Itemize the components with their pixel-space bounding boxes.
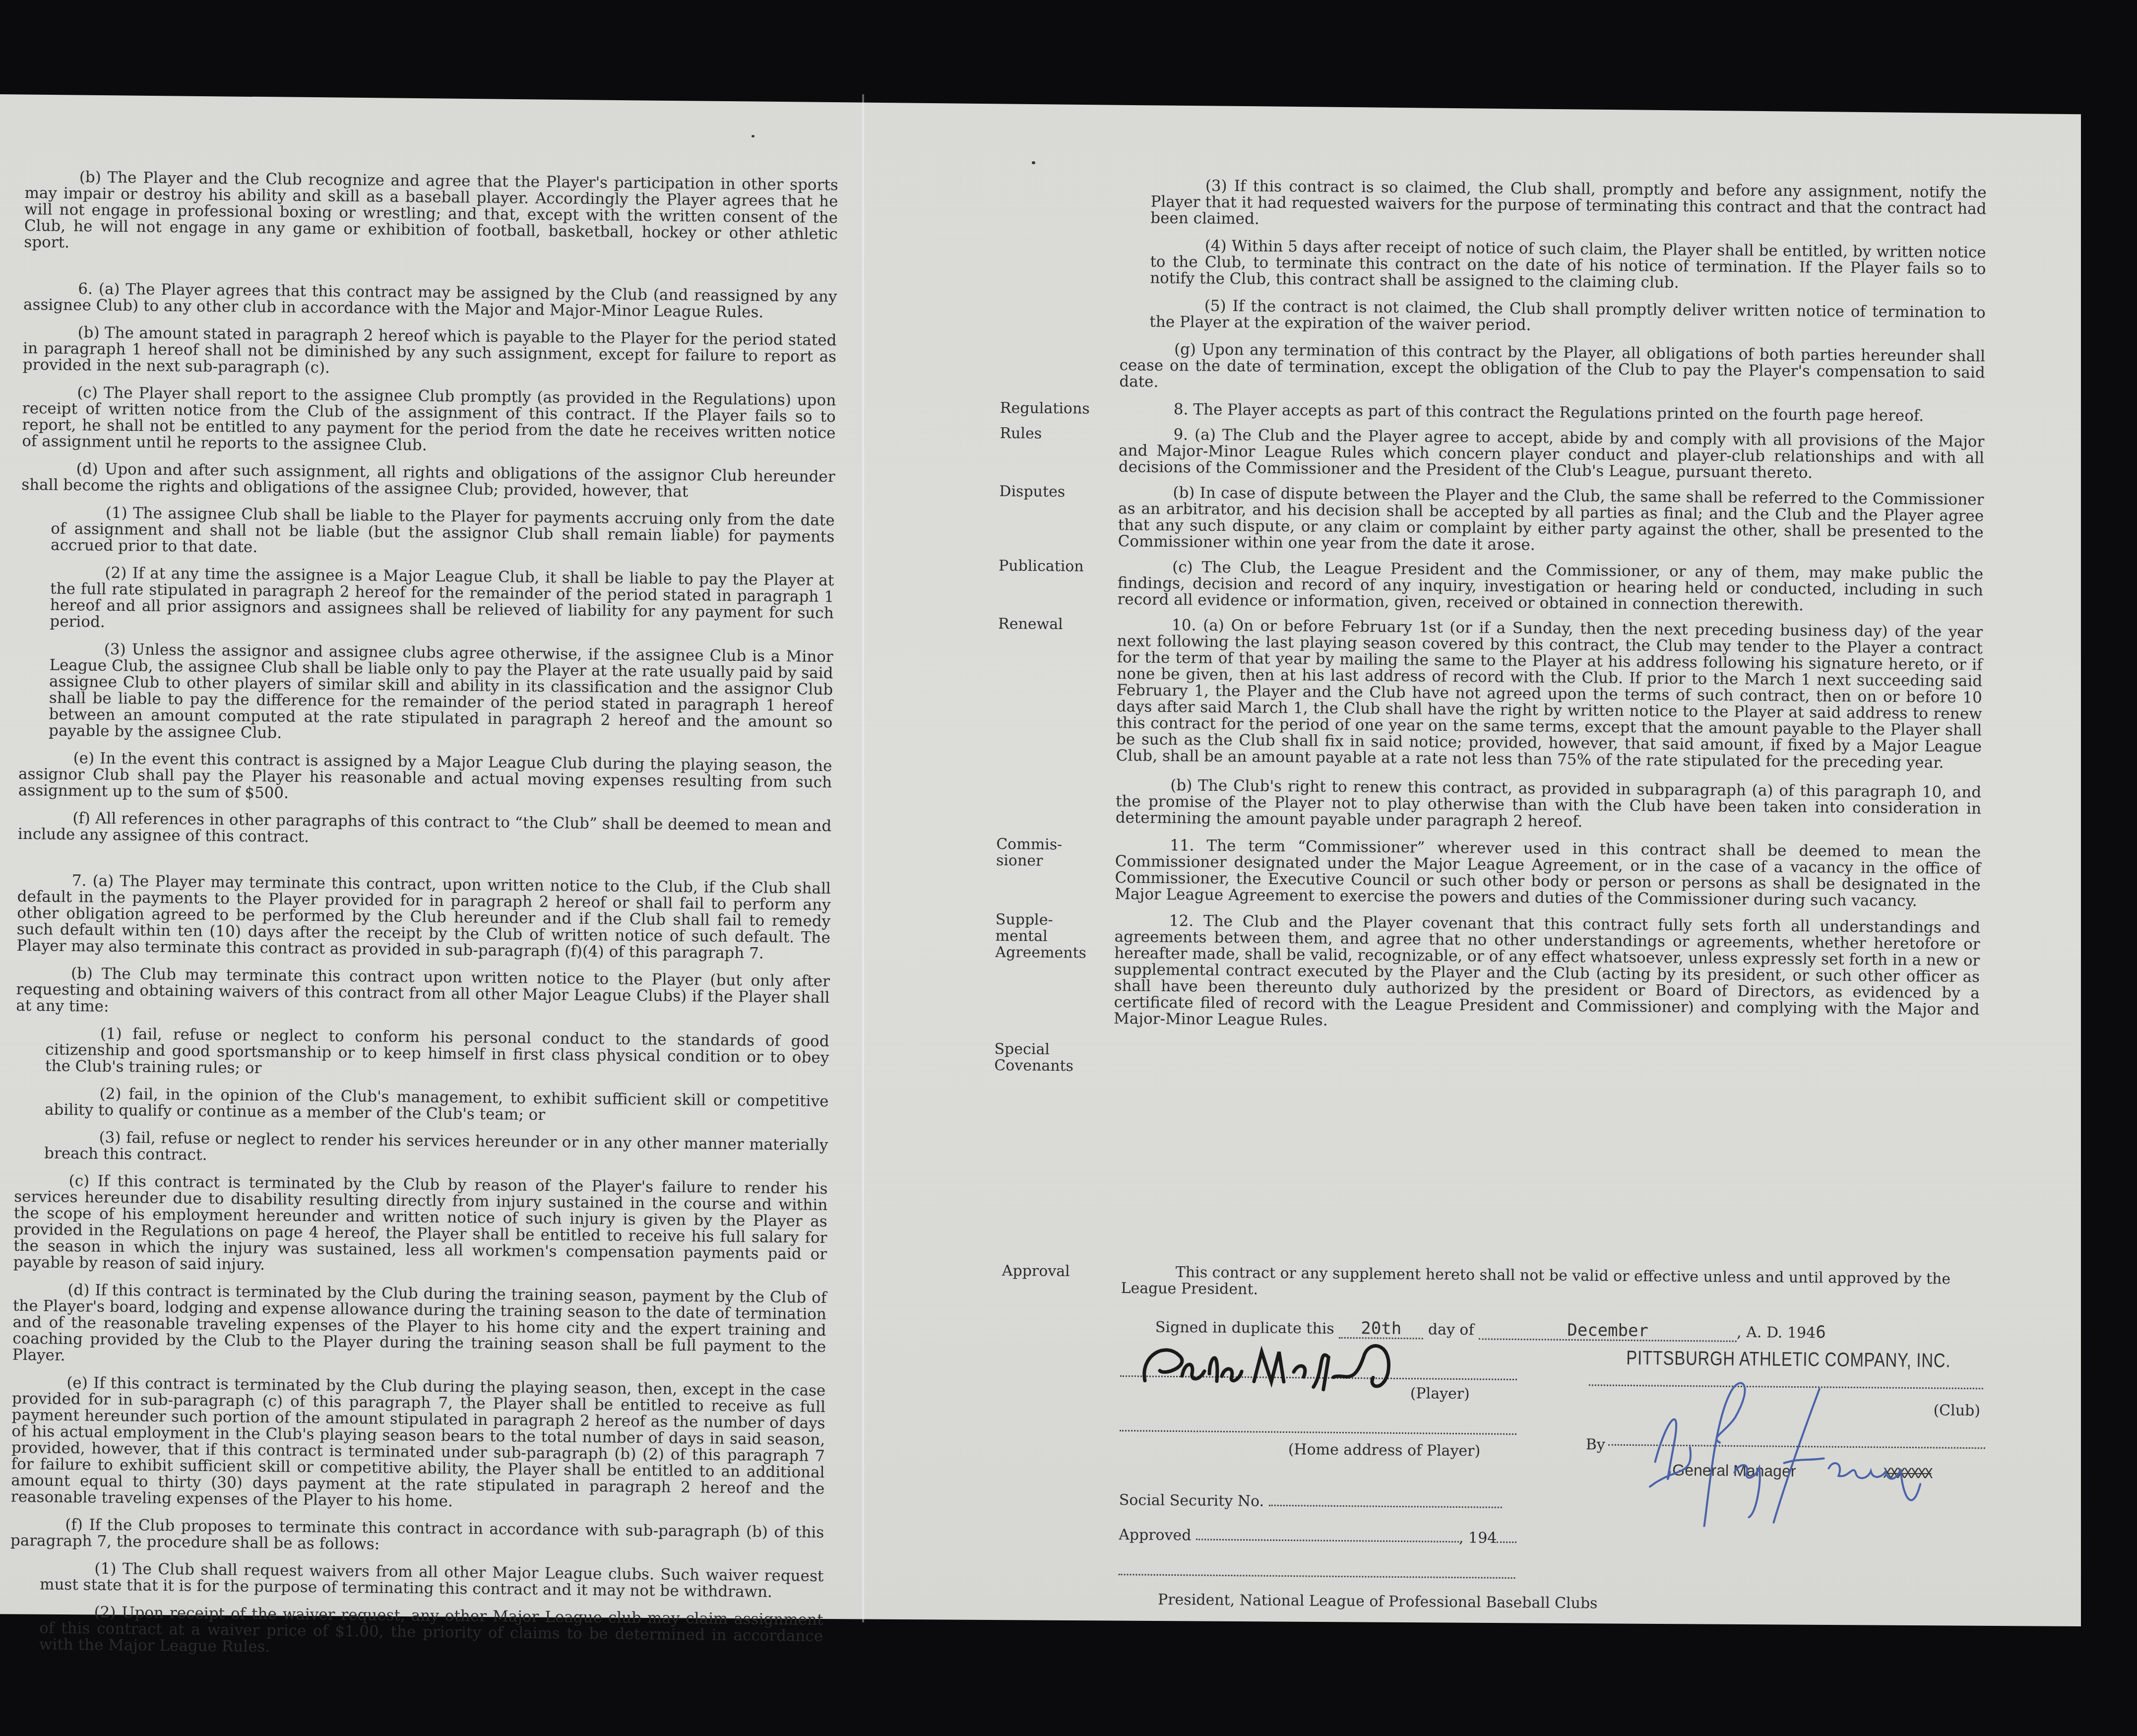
clause-7f: (f) If the Club proposes to terminate th… [10,1516,824,1557]
approval-text: This contract or any supplement hereto s… [1121,1264,1989,1304]
section-supplemental: Supple- mental Agreements 12. The Club a… [995,911,1980,1034]
margin-label-rules: Rules [1000,425,1119,443]
approved-date-field[interactable] [1196,1539,1459,1543]
margin-label-special-covenants: Special Covenants [994,1041,1114,1075]
clause-7f4: (4) Within 5 days after receipt of notic… [1150,238,1986,294]
month-value: December [1567,1320,1648,1341]
section-disputes: Disputes (b) In case of dispute between … [999,483,1984,557]
day-value: 20th [1361,1318,1401,1339]
clause-11: 11. The term “Commissioner” wherever use… [1115,837,1981,910]
clause-10a: 10. (a) On or before February 1st (or if… [1116,617,1983,772]
approved-label: Approved [1119,1526,1192,1544]
clause-7f1: (1) The Club shall request waivers from … [40,1560,824,1601]
clause-10b: (b) The Club's right to renew this contr… [1116,777,1982,834]
left-page: (b) The Player and the Club recognize an… [9,169,838,1672]
margin-label-renewal: Renewal [998,616,1117,633]
right-page: (3) If this contract is so claimed, the … [994,176,1987,1091]
section-special-covenants: Special Covenants [994,1041,1979,1082]
approved-row: Approved , 194 [1119,1527,1517,1546]
margin-label-disputes: Disputes [999,483,1118,501]
clause-7f5: (5) If the contract is not claimed, the … [1149,298,1986,338]
margin-label-regulations: Regulations [1000,400,1119,417]
clause-12: 12. The Club and the Player covenant tha… [1114,912,1980,1034]
by-label: By [1586,1436,1605,1453]
clause-6f: (f) All references in other paragraphs o… [18,810,832,851]
month-field[interactable]: December [1479,1321,1737,1342]
clause-6d: (d) Upon and after such assignment, all … [21,460,835,502]
section-publication: Publication (c) The Club, the League Pre… [998,558,1983,615]
clause-6c: (c) The Player shall report to the assig… [22,384,836,458]
ad-prefix: , A. D. 194 [1737,1324,1816,1342]
section-regulations: Regulations 8. The Player accepts as par… [1000,400,1985,425]
clause-7c: (c) If this contract is terminated by th… [13,1172,828,1279]
section-renewal: Renewal 10. (a) On or before February 1s… [997,616,1983,772]
player-caption: (Player) [1410,1385,1470,1402]
clause-7b2: (2) fail, in the opinion of the Club's m… [45,1086,829,1127]
day-of-label: day of [1428,1321,1474,1339]
struck-title: XXXXXXX [1883,1465,1931,1482]
signed-prefix: Signed in duplicate this [1155,1319,1334,1338]
clause-7a: 7. (a) The Player may terminate this con… [16,872,831,963]
signature-block: Approval This contract or any supplement… [1002,1263,1989,1313]
clause-7g: (g) Upon any termination of this contrac… [1119,341,1985,397]
section-commissioner: Commis- sioner 11. The term “Commissione… [996,836,1981,910]
clause-6a: 6. (a) The Player agrees that this contr… [23,280,837,321]
paper-speck [1032,161,1035,164]
approved-year-prefix: , 194 [1459,1529,1497,1547]
section-rules: Rules 9. (a) The Club and the Player agr… [1000,425,1985,483]
clause-7e: (e) If this contract is terminated by th… [11,1374,826,1514]
clause-6b: (b) The amount stated in paragraph 2 her… [23,324,837,382]
margin-label-commissioner: Commis- sioner [996,836,1116,870]
margin-label-approval: Approval [1002,1263,1121,1280]
clause-6d1: (1) The assignee Club shall be liable to… [51,505,835,562]
approved-year-field[interactable] [1497,1542,1516,1543]
clause-7b: (b) The Club may terminate this contract… [16,965,830,1023]
clause-6d3: (3) Unless the assignor and assignee clu… [49,641,833,748]
clause-9b: (b) In case of dispute between the Playe… [1118,484,1984,557]
clause-9c: (c) The Club, the League President and t… [1117,559,1983,615]
club-caption: (Club) [1933,1402,1980,1419]
clause-7d: (d) If this contract is terminated by th… [12,1282,827,1372]
margin-label-publication: Publication [999,558,1118,575]
home-address-caption: (Home address of Player) [1288,1441,1481,1459]
paper-speck [752,135,754,137]
special-covenants-blank [1114,1042,1979,1049]
president-caption: President, National League of Profession… [1158,1592,1598,1612]
year-digit: 6 [1816,1322,1826,1342]
ssn-row: Social Security No. [1119,1492,1502,1512]
clause-6e: (e) In the event this contract is assign… [18,750,832,807]
clause-7f3: (3) If this contract is so claimed, the … [1150,178,1987,234]
clause-7b1: (1) fail, refuse or neglect to conform h… [45,1026,829,1083]
club-name: PITTSBURGH ATHLETIC COMPANY, INC. [1626,1350,1950,1369]
clause-9a: 9. (a) The Club and the Player agree to … [1119,426,1985,483]
clause-7b3: (3) fail, refuse or neglect to render hi… [44,1129,828,1170]
margin-label-supplemental: Supple- mental Agreements [995,911,1115,962]
officer-title: General Manager [1672,1462,1796,1479]
day-field[interactable]: 20th [1339,1320,1423,1339]
clause-5b: (b) The Player and the Club recognize an… [24,169,838,259]
center-fold [862,94,864,1622]
ssn-label: Social Security No. [1119,1491,1264,1510]
clause-8: 8. The Player accepts as part of this co… [1119,401,1985,425]
clause-6d2: (2) If at any time the assignee is a Maj… [50,565,834,639]
clause-7f2: (2) Upon receipt of the waiver request, … [39,1604,823,1661]
ssn-field[interactable] [1269,1505,1502,1508]
